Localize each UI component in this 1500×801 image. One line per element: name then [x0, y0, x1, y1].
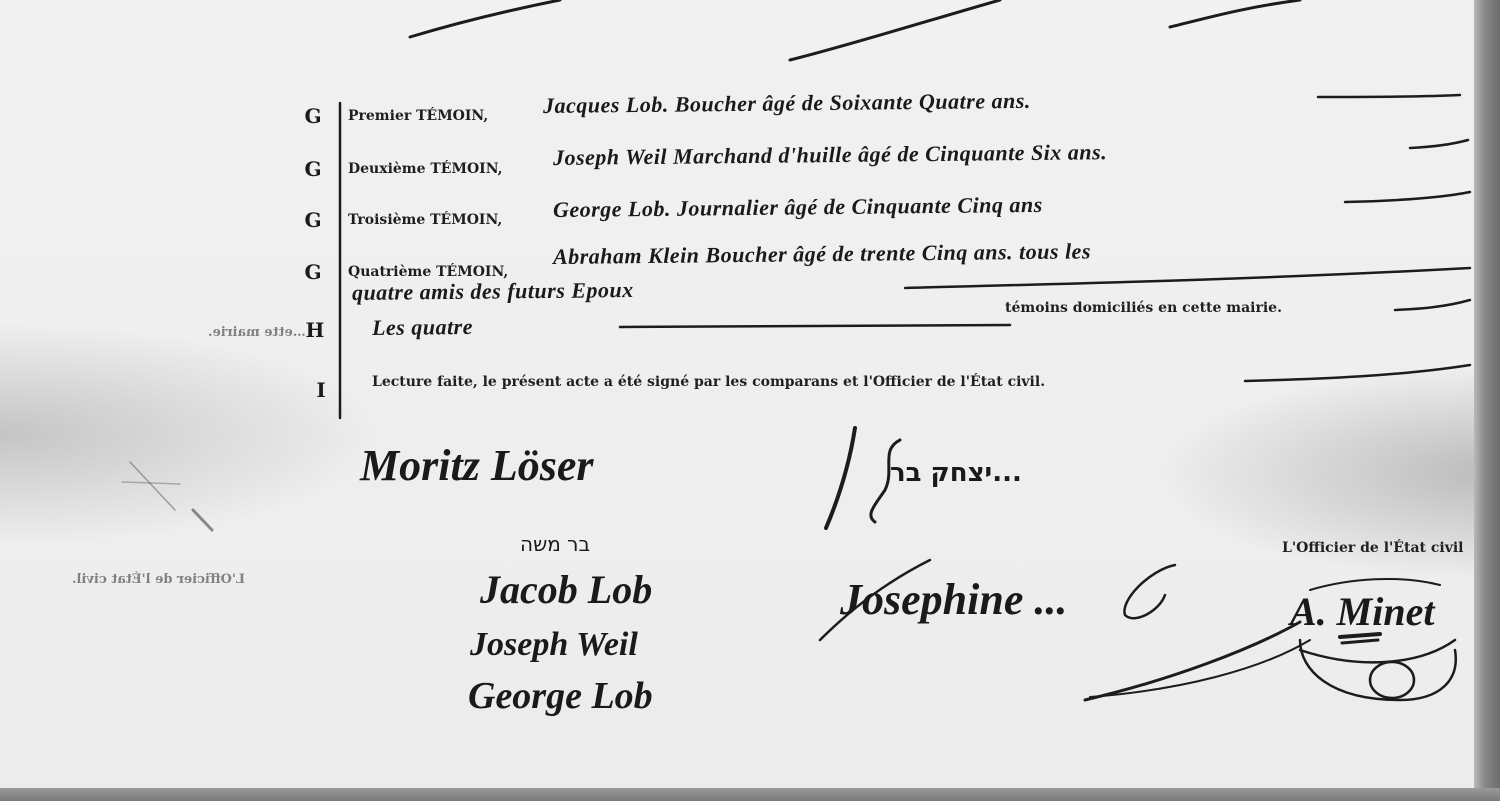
witnesses-domicile-text: témoins domiciliés en cette mairie. — [1005, 300, 1282, 316]
witnesses-count-entry: Les quatre — [372, 314, 473, 341]
officer-caption: L'Officier de l'État civil — [1282, 540, 1463, 556]
scan-bottom-border — [0, 788, 1500, 801]
witness-1-entry: Jacques Lob. Boucher âgé de Soixante Qua… — [543, 88, 1031, 119]
reading-statement: Lecture faite, le présent acte a été sig… — [372, 374, 1045, 390]
witness-4-label: Quatrième TÉMOIN, — [348, 264, 508, 280]
signature-groom: Moritz Löser — [360, 440, 593, 491]
signature-hebrew-small: בר משה — [520, 532, 590, 556]
row-letter: G — [298, 157, 328, 181]
witness-3-entry: George Lob. Journalier âgé de Cinquante … — [553, 192, 1043, 223]
row-letter: G — [298, 260, 328, 284]
signature-witness-1: Jacob Lob — [480, 566, 652, 613]
signature-officer: A. Minet — [1290, 588, 1434, 635]
bleed-through-upper: …ette mairie. — [208, 325, 306, 340]
ink-lines — [0, 0, 1500, 788]
bleed-through-lower: L'Officier de l'État civil. — [72, 572, 245, 587]
signature-hebrew: יצחק בר... — [890, 458, 1022, 488]
page-edge-shadow — [1474, 0, 1500, 788]
row-letter: G — [298, 208, 328, 232]
row-letter: I — [306, 378, 336, 402]
signature-josephine: Josephine ... — [840, 574, 1067, 625]
row-letter: G — [298, 104, 328, 128]
witness-3-label: Troisième TÉMOIN, — [348, 212, 502, 228]
witness-4-continuation: quatre amis des futurs Epoux — [352, 277, 634, 306]
signature-witness-2: Joseph Weil — [470, 626, 638, 664]
witness-2-label: Deuxième TÉMOIN, — [348, 161, 503, 177]
witness-1-label: Premier TÉMOIN, — [348, 108, 488, 124]
signature-witness-3: George Lob — [468, 674, 653, 718]
registry-page: G Premier TÉMOIN, Jacques Lob. Boucher â… — [0, 0, 1500, 788]
